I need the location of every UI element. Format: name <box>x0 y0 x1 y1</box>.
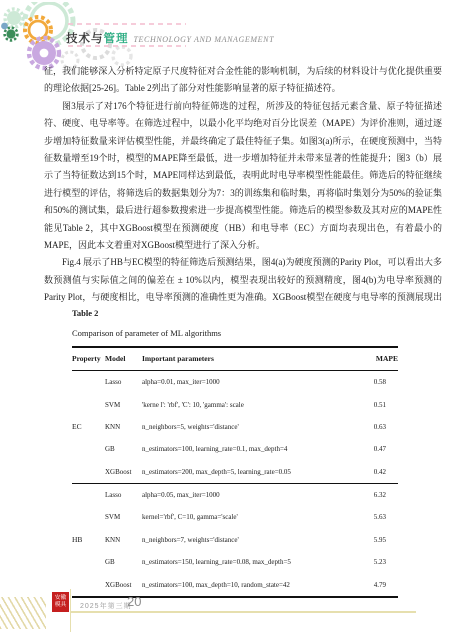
table-header-row: Property Model Important parameters MAPE <box>72 347 398 371</box>
journal-seal-stamp: 安徽 模具 <box>52 592 69 612</box>
cell-model: KNN <box>105 416 142 438</box>
footer-horizontal-rule <box>70 611 416 613</box>
paragraph-continuation: 征，我们能够深入分析特定原子尺度特征对合金性能的影响机制，为后续的材料设计与优化… <box>44 63 442 98</box>
cell-model: GB <box>105 438 142 460</box>
cell-params: alpha=0.05, max_iter=1000 <box>142 483 352 506</box>
journal-title-zh-green: 管理 <box>104 33 129 45</box>
cell-mape: 5.23 <box>352 551 398 573</box>
cell-params: n_estimators=150, learning_rate=0.08, ma… <box>142 551 352 573</box>
cell-params: alpha=0.01, max_iter=1000 <box>142 371 352 394</box>
cell-model: SVM <box>105 506 142 528</box>
table-row: KNN n_neighbors=7, weights='distance' 5.… <box>72 529 398 551</box>
seal-text-top: 安徽 <box>52 595 69 602</box>
table2-block: Table 2 Comparison of parameter of ML al… <box>72 308 398 598</box>
journal-page: 技术与管理TECHNOLOGY AND MANAGEMENT 征，我们能够深入分… <box>0 0 472 637</box>
cell-mape: 0.47 <box>352 438 398 460</box>
cell-mape: 5.63 <box>352 506 398 528</box>
issue-label: 2025年第三期 <box>80 601 132 611</box>
cell-model: XGBoost <box>105 461 142 484</box>
cell-params: 'kerne l': 'rbf', 'C': 10, 'gamma': scal… <box>142 393 352 415</box>
cell-mape: 0.51 <box>352 393 398 415</box>
cell-mape: 0.58 <box>352 371 398 394</box>
cell-mape: 4.79 <box>352 573 398 596</box>
cell-mape: 6.32 <box>352 483 398 506</box>
cell-params: n_estimators=200, max_depth=5, learning_… <box>142 461 352 484</box>
cell-model: Lasso <box>105 483 142 506</box>
cell-params: n_estimators=100, learning_rate=0.1, max… <box>142 438 352 460</box>
table-row: EC Lasso alpha=0.01, max_iter=1000 0.58 <box>72 371 398 394</box>
article-body: 征，我们能够深入分析特定原子尺度特征对合金性能的影响机制，为后续的材料设计与优化… <box>44 63 442 309</box>
paragraph-feature-selection: 图3展示了对176个特征进行前向特征筛选的过程，所涉及的特征包括元素含量、原子特… <box>44 98 442 255</box>
journal-title-zh: 技术与管理 <box>66 33 129 45</box>
cell-model: GB <box>105 551 142 573</box>
cell-params: n_neighbors=7, weights='distance' <box>142 529 352 551</box>
page-number: 20 <box>127 594 141 609</box>
cell-model: KNN <box>105 529 142 551</box>
pink-watermark-dashes-bottom <box>68 45 186 47</box>
cell-mape: 0.42 <box>352 461 398 484</box>
cell-mape: 5.95 <box>352 529 398 551</box>
table-row: GB n_estimators=100, learning_rate=0.1, … <box>72 438 398 460</box>
journal-title-en: TECHNOLOGY AND MANAGEMENT <box>134 35 275 44</box>
table-row: SVM kernel='rbf', C=10, gamma='scale' 5.… <box>72 506 398 528</box>
cell-model: Lasso <box>105 371 142 394</box>
table-row: XGBoost n_estimators=200, max_depth=5, l… <box>72 461 398 484</box>
table-label: Table 2 <box>72 308 398 318</box>
col-header-property: Property <box>72 347 105 371</box>
seal-text-bottom: 模具 <box>52 602 69 609</box>
cell-params: n_neighbors=5, weights='distance' <box>142 416 352 438</box>
table-row: SVM 'kerne l': 'rbf', 'C': 10, 'gamma': … <box>72 393 398 415</box>
footer-hatch-decoration <box>0 597 46 629</box>
masthead: 技术与管理TECHNOLOGY AND MANAGEMENT <box>0 0 472 70</box>
ml-parameters-table: Property Model Important parameters MAPE… <box>72 346 398 598</box>
table-row: GB n_estimators=150, learning_rate=0.08,… <box>72 551 398 573</box>
table-row: KNN n_neighbors=5, weights='distance' 0.… <box>72 416 398 438</box>
col-header-model: Model <box>105 347 142 371</box>
col-header-parameters: Important parameters <box>142 347 352 371</box>
property-group-hb: HB <box>72 483 105 596</box>
pink-watermark-dashes-top <box>68 23 186 25</box>
property-group-ec: EC <box>72 371 105 484</box>
table-row: HB Lasso alpha=0.05, max_iter=1000 6.32 <box>72 483 398 506</box>
col-header-mape: MAPE <box>352 347 398 371</box>
cell-params: n_estimators=100, max_depth=10, random_s… <box>142 573 352 596</box>
cell-params: kernel='rbf', C=10, gamma='scale' <box>142 506 352 528</box>
journal-title-zh-black: 技术与 <box>66 33 104 45</box>
table-caption: Comparison of parameter of ML algorithms <box>72 328 398 338</box>
table-row: XGBoost n_estimators=100, max_depth=10, … <box>72 573 398 596</box>
cell-mape: 0.63 <box>352 416 398 438</box>
cell-model: SVM <box>105 393 142 415</box>
paragraph-prediction-results: Fig.4 展示了HB与EC模型的特征筛选后预测结果，图4(a)为硬度预测的Pa… <box>44 254 442 309</box>
